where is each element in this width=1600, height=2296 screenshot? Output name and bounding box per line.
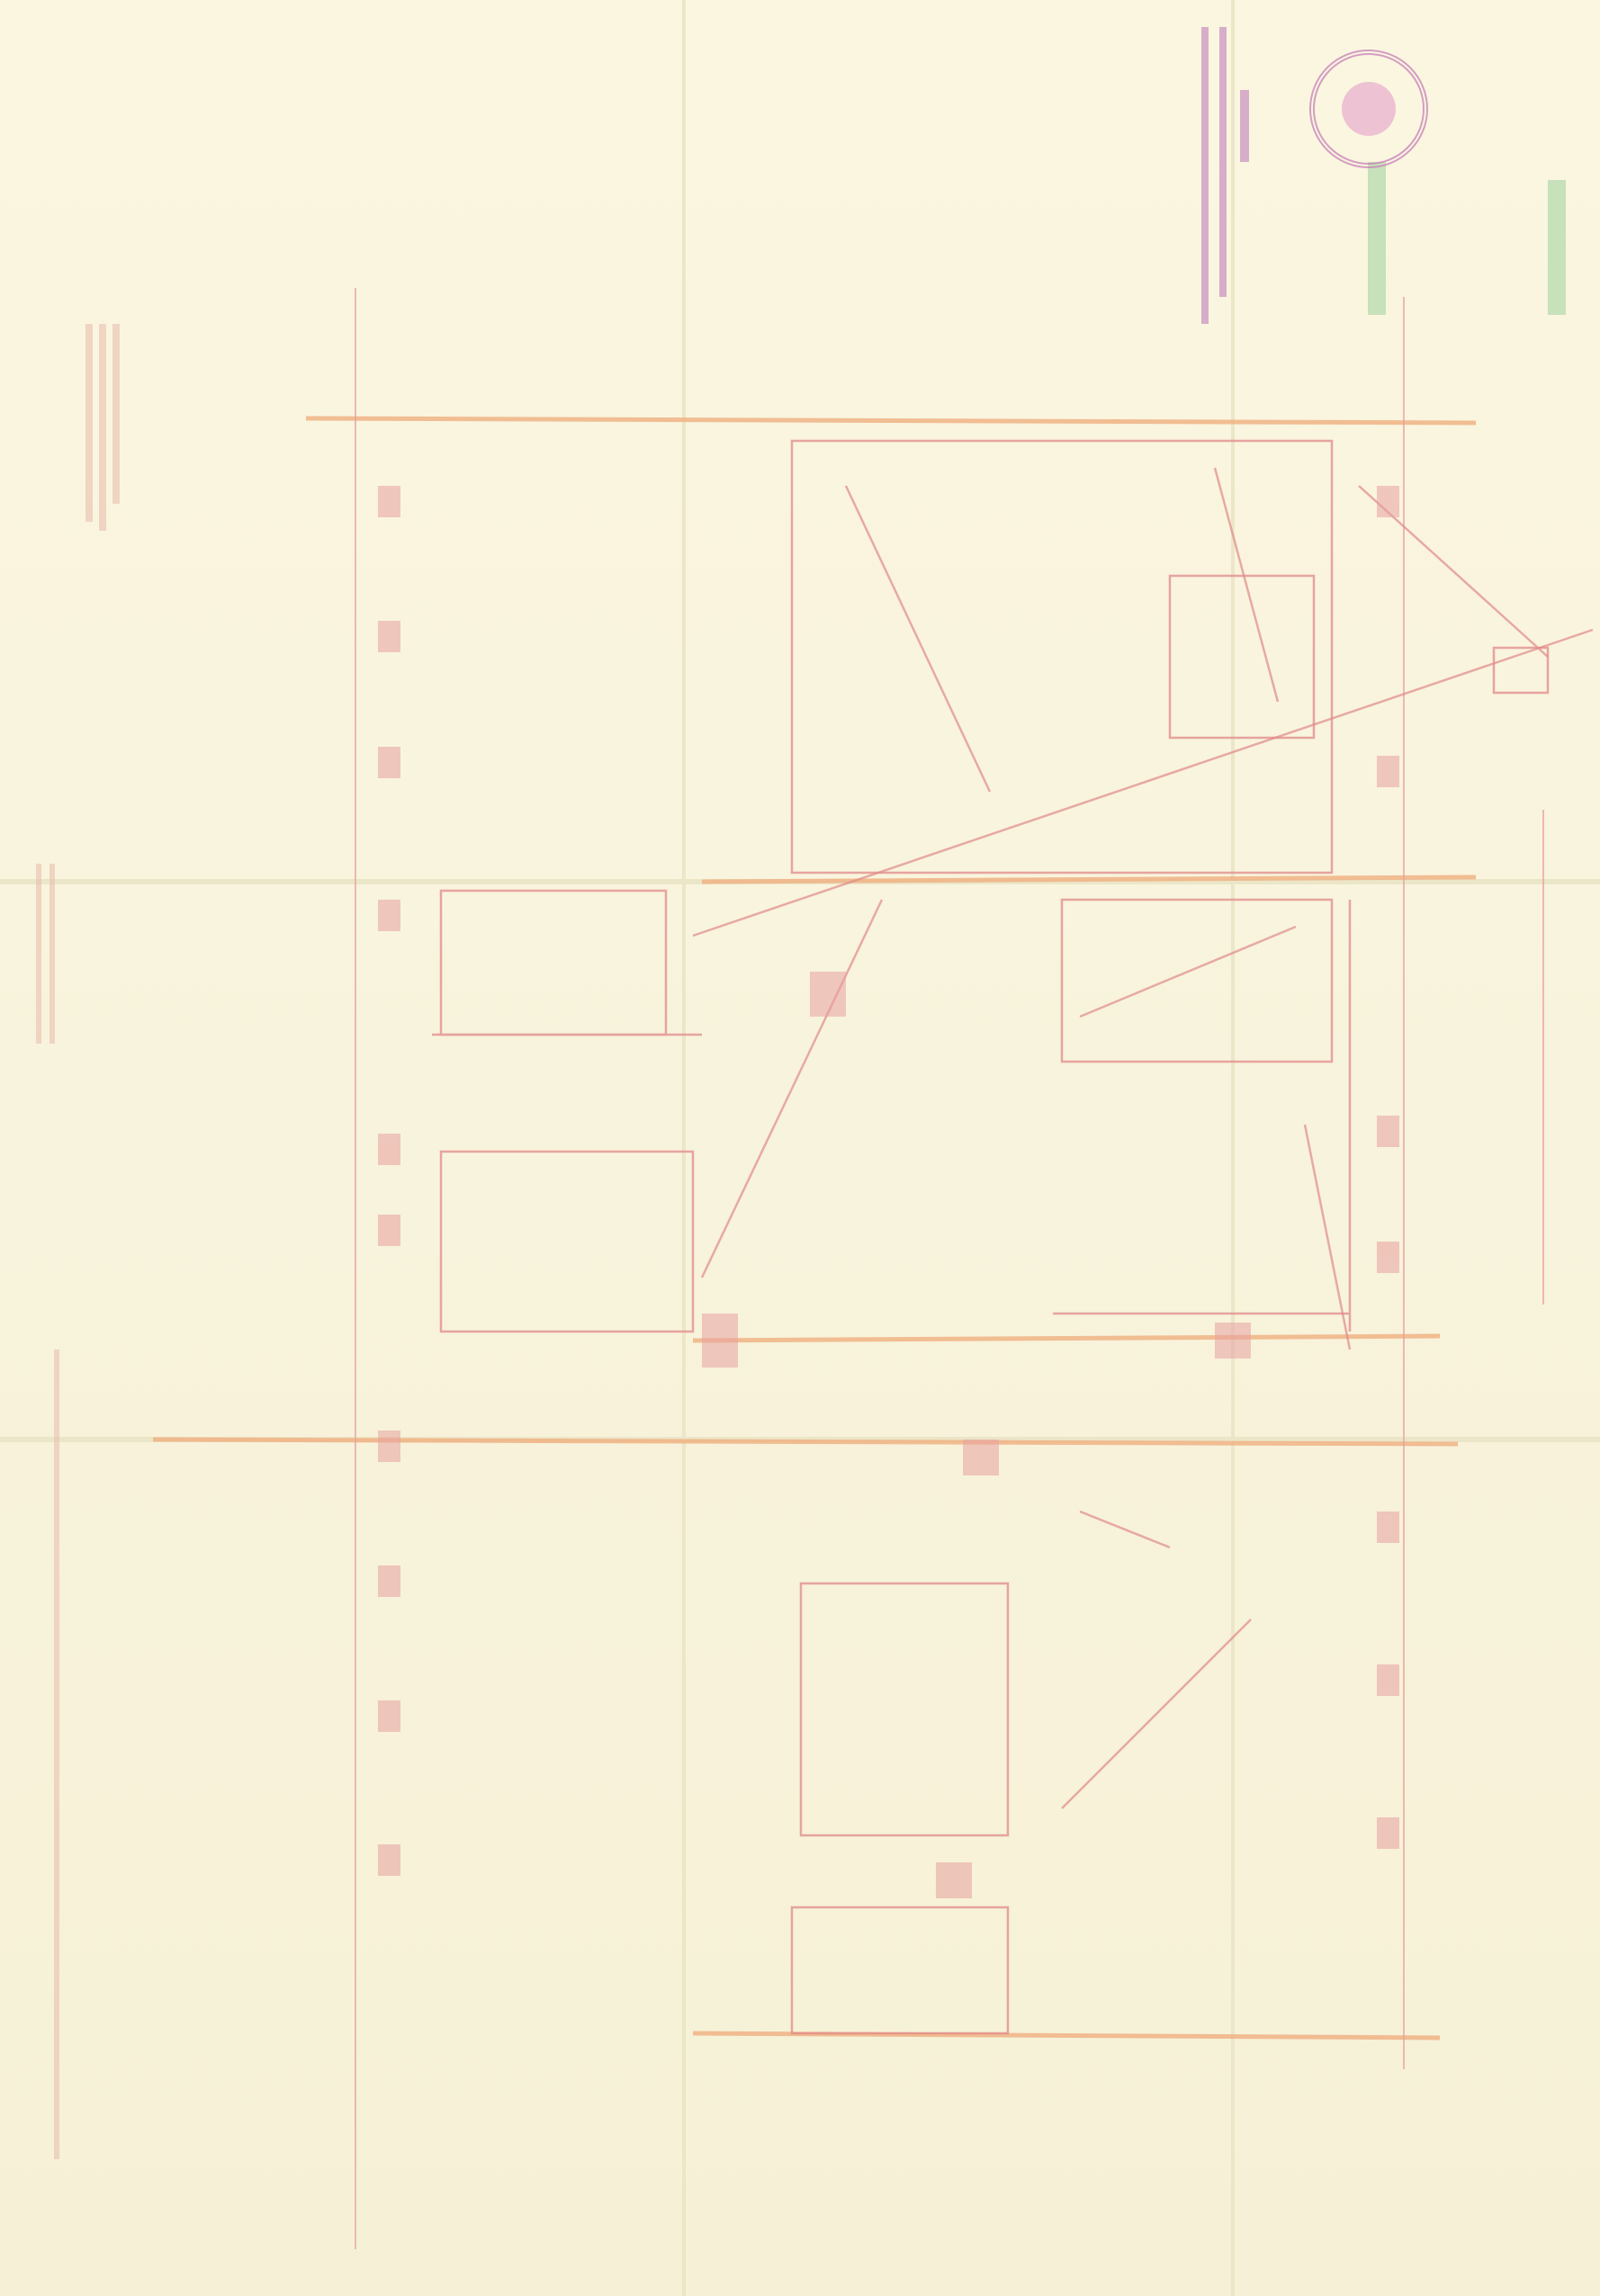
stamp-emblem xyxy=(1342,82,1396,136)
drawing-lines xyxy=(0,0,1600,2296)
drawing-sheet xyxy=(0,0,1600,2296)
official-stamp xyxy=(1309,49,1428,168)
